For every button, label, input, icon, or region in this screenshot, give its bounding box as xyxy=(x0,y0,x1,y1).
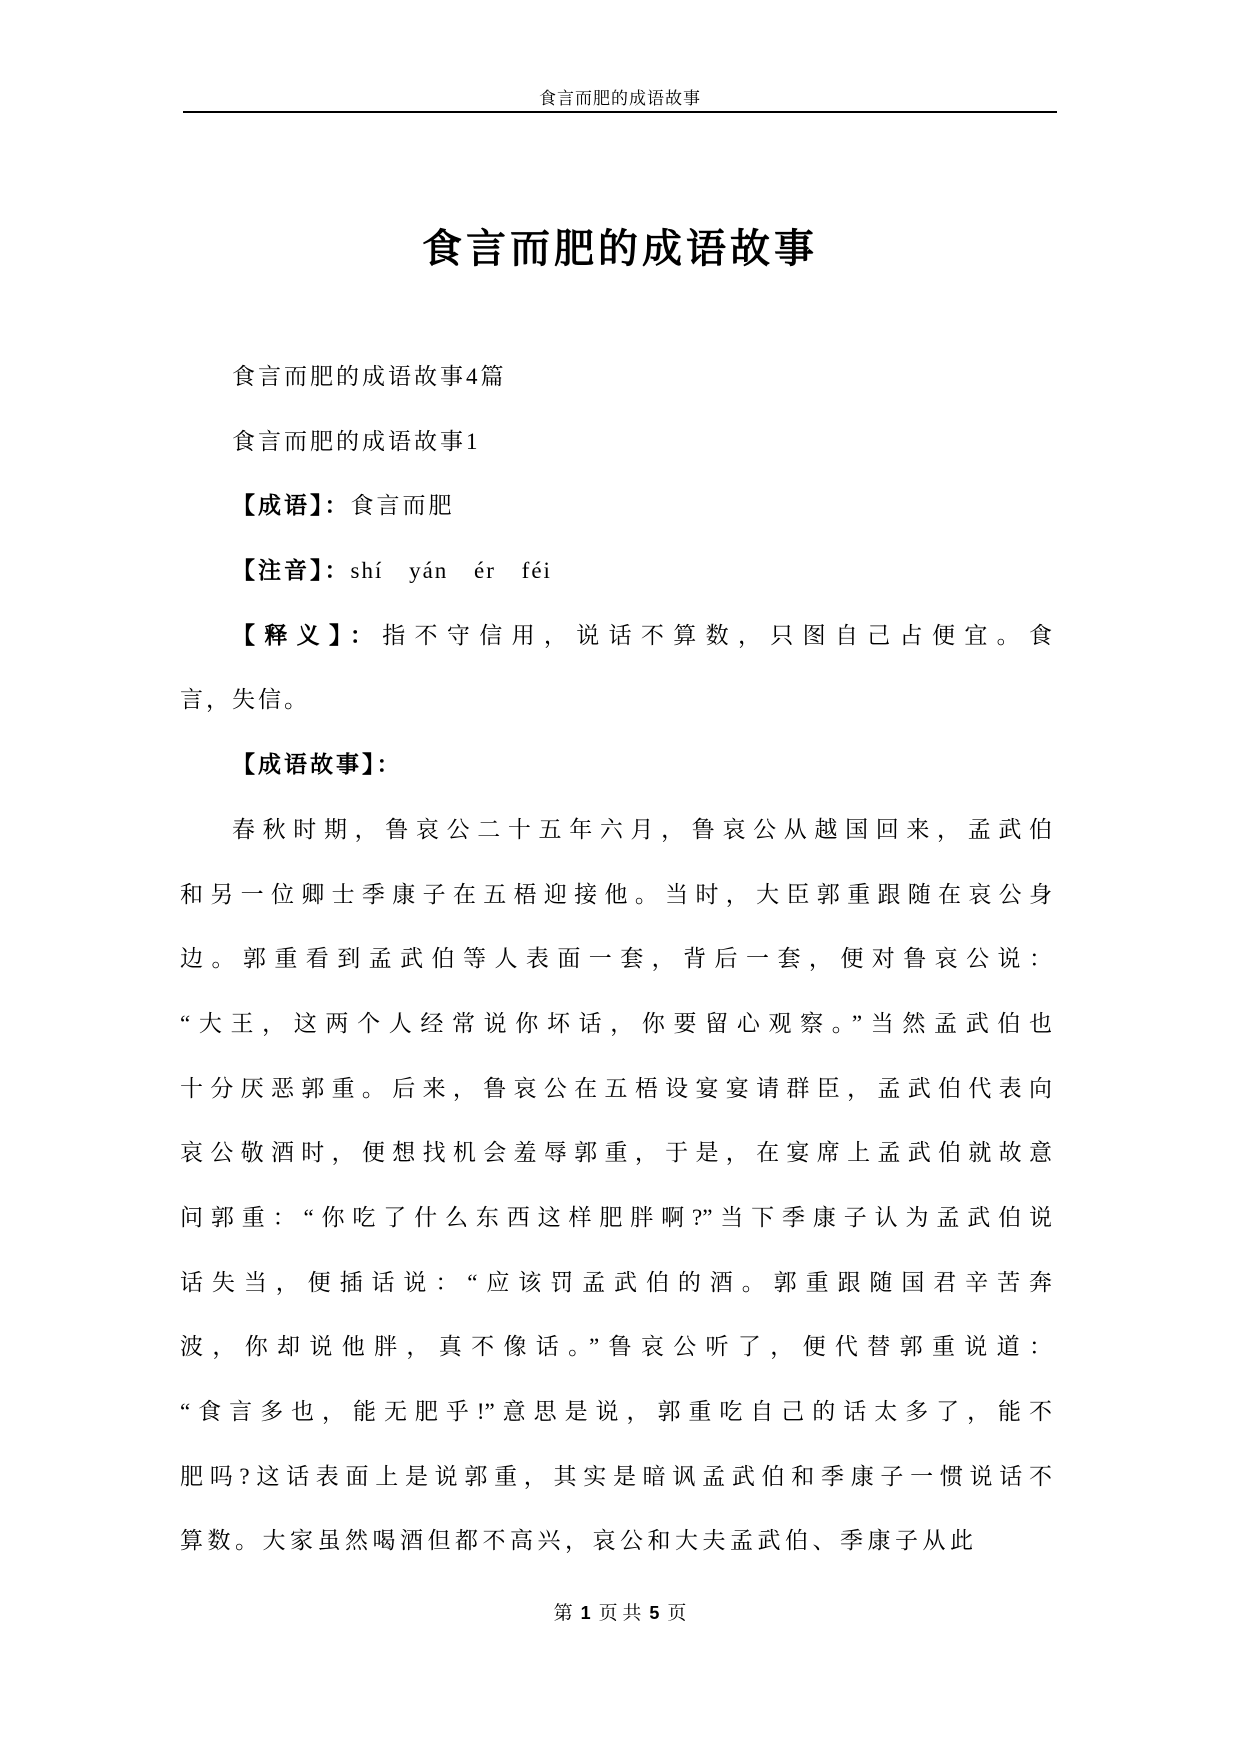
text-line: 边。郭重看到孟武伯等人表面一套，背后一套，便对鲁哀公说： xyxy=(180,927,1052,992)
text-line: 【成语故事】： xyxy=(180,733,1052,798)
header-divider xyxy=(183,111,1057,113)
line-text: 和另一位卿士季康子在五梧迎接他。当时，大臣郭重跟随在哀公身 xyxy=(180,882,1052,907)
text-line: 话失当，便插话说：“应该罚孟武伯的酒。郭重跟随国君辛苦奔 xyxy=(180,1251,1052,1316)
line-text: 春秋时期，鲁哀公二十五年六月，鲁哀公从越国回来，孟武伯 xyxy=(232,817,1052,842)
line-text: shí yán ér féi xyxy=(351,558,552,583)
line-text: 食言而肥的成语故事1 xyxy=(232,429,481,454)
text-line: 【成语】：食言而肥 xyxy=(180,474,1052,539)
line-text: “食言多也，能无肥乎!”意思是说，郭重吃自己的话太多了，能不 xyxy=(180,1399,1052,1424)
field-label: 【注音】： xyxy=(232,558,351,583)
line-text: 边。郭重看到孟武伯等人表面一套，背后一套，便对鲁哀公说： xyxy=(180,946,1052,971)
text-line: 春秋时期，鲁哀公二十五年六月，鲁哀公从越国回来，孟武伯 xyxy=(180,798,1052,863)
footer-prefix: 第 xyxy=(554,1603,573,1624)
line-text: 食言而肥 xyxy=(351,493,455,518)
line-text: 十分厌恶郭重。后来，鲁哀公在五梧设宴宴请群臣，孟武伯代表向 xyxy=(180,1076,1052,1101)
footer-suffix: 页 xyxy=(667,1603,686,1624)
text-line: 算数。大家虽然喝酒但都不高兴，哀公和大夫孟武伯、季康子从此 xyxy=(180,1509,1052,1574)
text-line: 肥吗?这话表面上是说郭重，其实是暗讽孟武伯和季康子一惯说话不 xyxy=(180,1445,1052,1510)
line-text: 话失当，便插话说：“应该罚孟武伯的酒。郭重跟随国君辛苦奔 xyxy=(180,1270,1052,1295)
text-line: 和另一位卿士季康子在五梧迎接他。当时，大臣郭重跟随在哀公身 xyxy=(180,863,1052,928)
field-label: 【成语故事】： xyxy=(232,752,403,777)
text-line: “食言多也，能无肥乎!”意思是说，郭重吃自己的话太多了，能不 xyxy=(180,1380,1052,1445)
line-text: 言，失信。 xyxy=(180,687,310,712)
line-text: 问郭重：“你吃了什么东西这样肥胖啊?”当下季康子认为孟武伯说 xyxy=(180,1205,1052,1230)
text-line: 波，你却说他胖，真不像话。”鲁哀公听了，便代替郭重说道： xyxy=(180,1315,1052,1380)
line-text: 肥吗?这话表面上是说郭重，其实是暗讽孟武伯和季康子一惯说话不 xyxy=(180,1464,1052,1489)
line-text: 指不守信用，说话不算数，只图自己占便宜。食 xyxy=(382,623,1052,648)
footer-total-pages: 5 xyxy=(649,1603,659,1623)
field-label: 【释义】： xyxy=(232,623,382,648)
field-label: 【成语】： xyxy=(232,493,351,518)
text-line: 食言而肥的成语故事1 xyxy=(180,410,1052,475)
text-line: 哀公敬酒时，便想找机会羞辱郭重，于是，在宴席上孟武伯就故意 xyxy=(180,1121,1052,1186)
text-line: “大王，这两个人经常说你坏话，你要留心观察。”当然孟武伯也 xyxy=(180,992,1052,1057)
line-text: 食言而肥的成语故事4篇 xyxy=(232,364,507,389)
document-body: 食言而肥的成语故事4篇食言而肥的成语故事1【成语】：食言而肥【注音】：shí y… xyxy=(180,345,1052,1574)
line-text: 波，你却说他胖，真不像话。”鲁哀公听了，便代替郭重说道： xyxy=(180,1334,1052,1359)
page-header-text: 食言而肥的成语故事 xyxy=(0,84,1240,109)
footer-middle: 页 共 xyxy=(599,1603,642,1624)
text-line: 食言而肥的成语故事4篇 xyxy=(180,345,1052,410)
document-title: 食言而肥的成语故事 xyxy=(0,217,1240,274)
text-line: 言，失信。 xyxy=(180,668,1052,733)
text-line: 十分厌恶郭重。后来，鲁哀公在五梧设宴宴请群臣，孟武伯代表向 xyxy=(180,1057,1052,1122)
line-text: 算数。大家虽然喝酒但都不高兴，哀公和大夫孟武伯、季康子从此 xyxy=(180,1528,978,1553)
text-line: 问郭重：“你吃了什么东西这样肥胖啊?”当下季康子认为孟武伯说 xyxy=(180,1186,1052,1251)
text-line: 【注音】：shí yán ér féi xyxy=(180,539,1052,604)
line-text: “大王，这两个人经常说你坏话，你要留心观察。”当然孟武伯也 xyxy=(180,1011,1052,1036)
footer-page-number: 1 xyxy=(581,1603,591,1623)
page-root: 食言而肥的成语故事 食言而肥的成语故事 食言而肥的成语故事4篇食言而肥的成语故事… xyxy=(0,0,1240,1753)
page-footer: 第1页 共5页 xyxy=(0,1598,1240,1625)
text-line: 【释义】：指不守信用，说话不算数，只图自己占便宜。食 xyxy=(180,604,1052,669)
line-text: 哀公敬酒时，便想找机会羞辱郭重，于是，在宴席上孟武伯就故意 xyxy=(180,1140,1052,1165)
